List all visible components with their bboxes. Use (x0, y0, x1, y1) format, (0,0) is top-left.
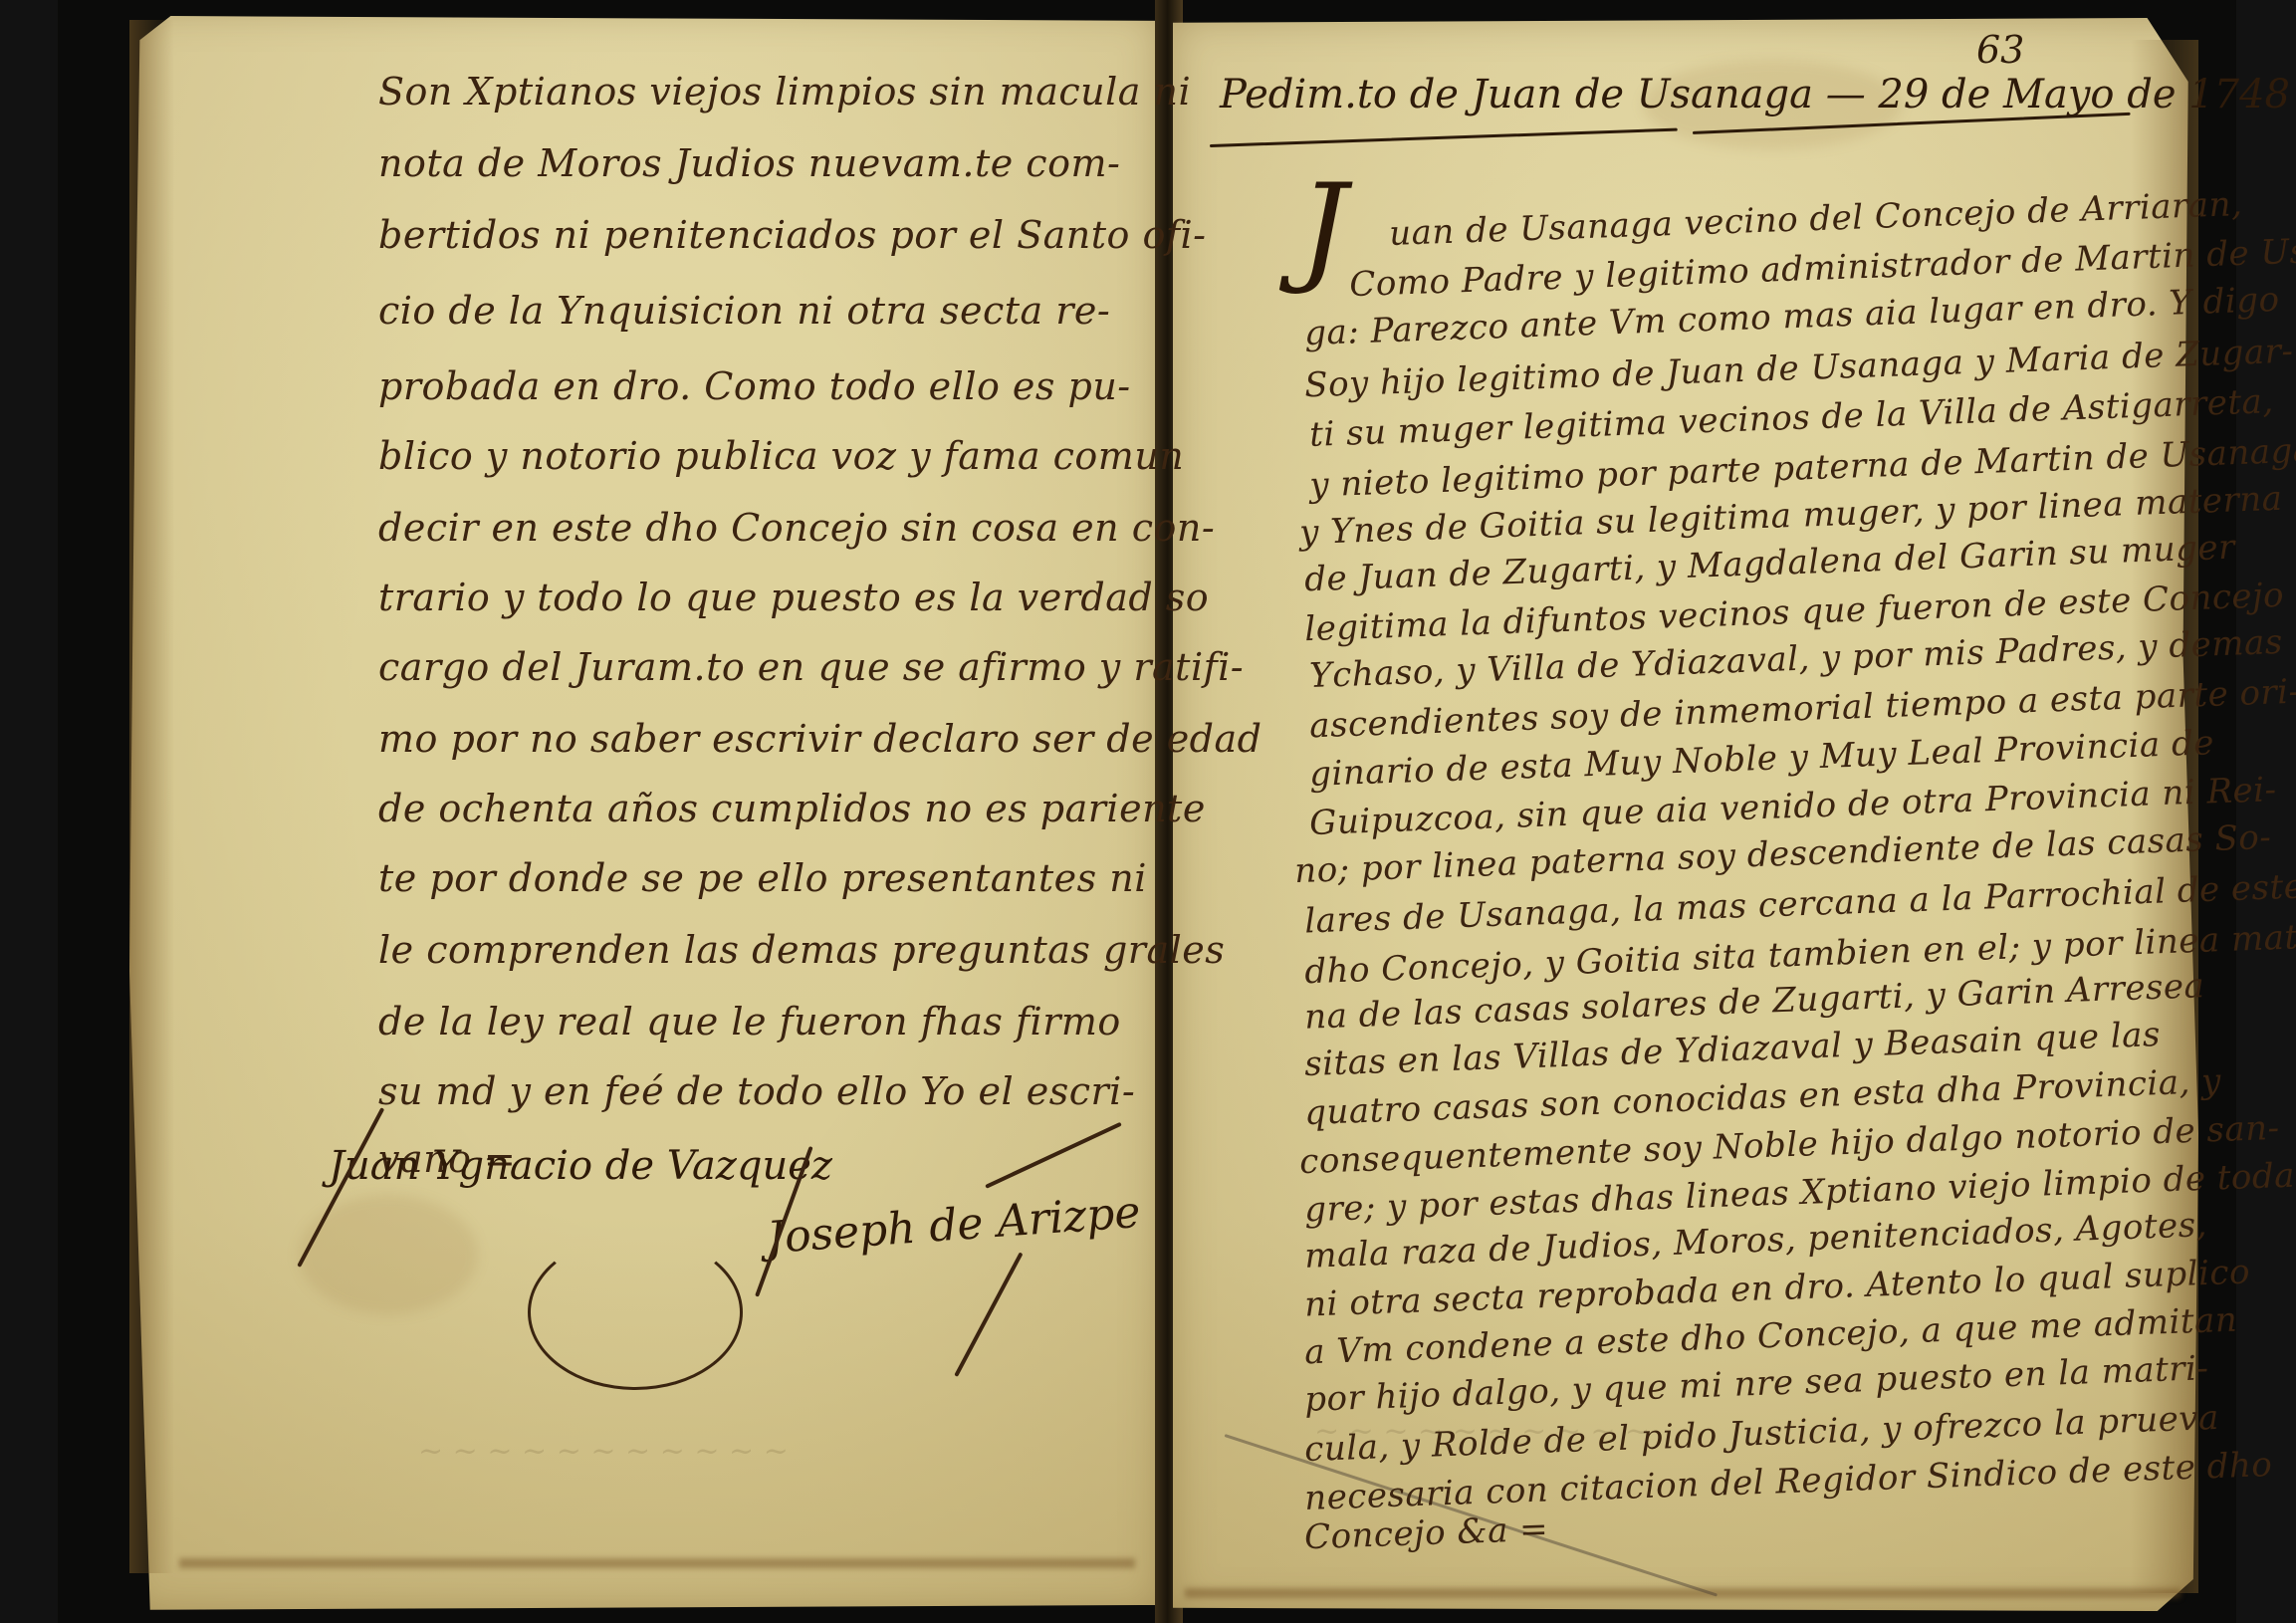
manuscript-line: su md y en feé de todo ello Yo el escri- (378, 1069, 1135, 1113)
manuscript-line: Concejo &a = (1303, 1509, 1548, 1558)
manuscript-line: te por donde se pe ello presentantes ni (378, 856, 1147, 900)
left-page-worn-edge (129, 20, 174, 1573)
manuscript-line: de ochenta años cumplidos no es pariente (378, 787, 1206, 830)
manuscript-line: probada en dro. Como todo ello es pu- (378, 364, 1131, 408)
heading-title: Pedim.to de Juan de Usanaga (1220, 72, 1813, 117)
manuscript-line: blico y notorio publica voz y fama comun (378, 434, 1184, 478)
signature-juan-ygnacio: Juan Ygnacio de Vazquez (329, 1143, 832, 1189)
manuscript-line: de la ley real que le fueron fhas firmo (378, 1000, 1121, 1043)
manuscript-line: le comprenden las demas preguntas grales (378, 928, 1225, 972)
document-heading: Pedim.to de Juan de Usanaga — 29 de Mayo… (1220, 72, 2290, 117)
manuscript-line: nota de Moros Judios nuevam.te com- (378, 141, 1120, 185)
manuscript-line: cio de la Ynquisicion ni otra secta re- (378, 289, 1110, 333)
heading-date: 29 de Mayo de 1748 (1878, 72, 2290, 117)
manuscript-line: Son Xptianos viejos limpios sin macula n… (378, 70, 1191, 114)
decorative-initial: J (1299, 159, 1347, 298)
bleed-through-text: ~ ~ ~ ~ ~ ~ ~ ~ ~ ~ ~ (418, 1434, 789, 1469)
signature-flourish (528, 1235, 743, 1390)
manuscript-line: cargo del Juram.to en que se afirmo y ra… (378, 645, 1244, 689)
bottom-edge-stain (1185, 1588, 2181, 1598)
manuscript-line: mo por no saber escrivir declaro ser de … (378, 717, 1262, 761)
heading-separator: — (1826, 72, 1879, 117)
manuscript-line: trario y todo lo que puesto es la verdad… (378, 576, 1209, 619)
folio-number: 63 (1976, 28, 2024, 72)
manuscript-line: decir en este dho Concejo sin cosa en co… (378, 506, 1215, 550)
bottom-edge-stain (179, 1558, 1135, 1568)
manuscript-line: bertidos ni penitenciados por el Santo o… (378, 213, 1206, 257)
